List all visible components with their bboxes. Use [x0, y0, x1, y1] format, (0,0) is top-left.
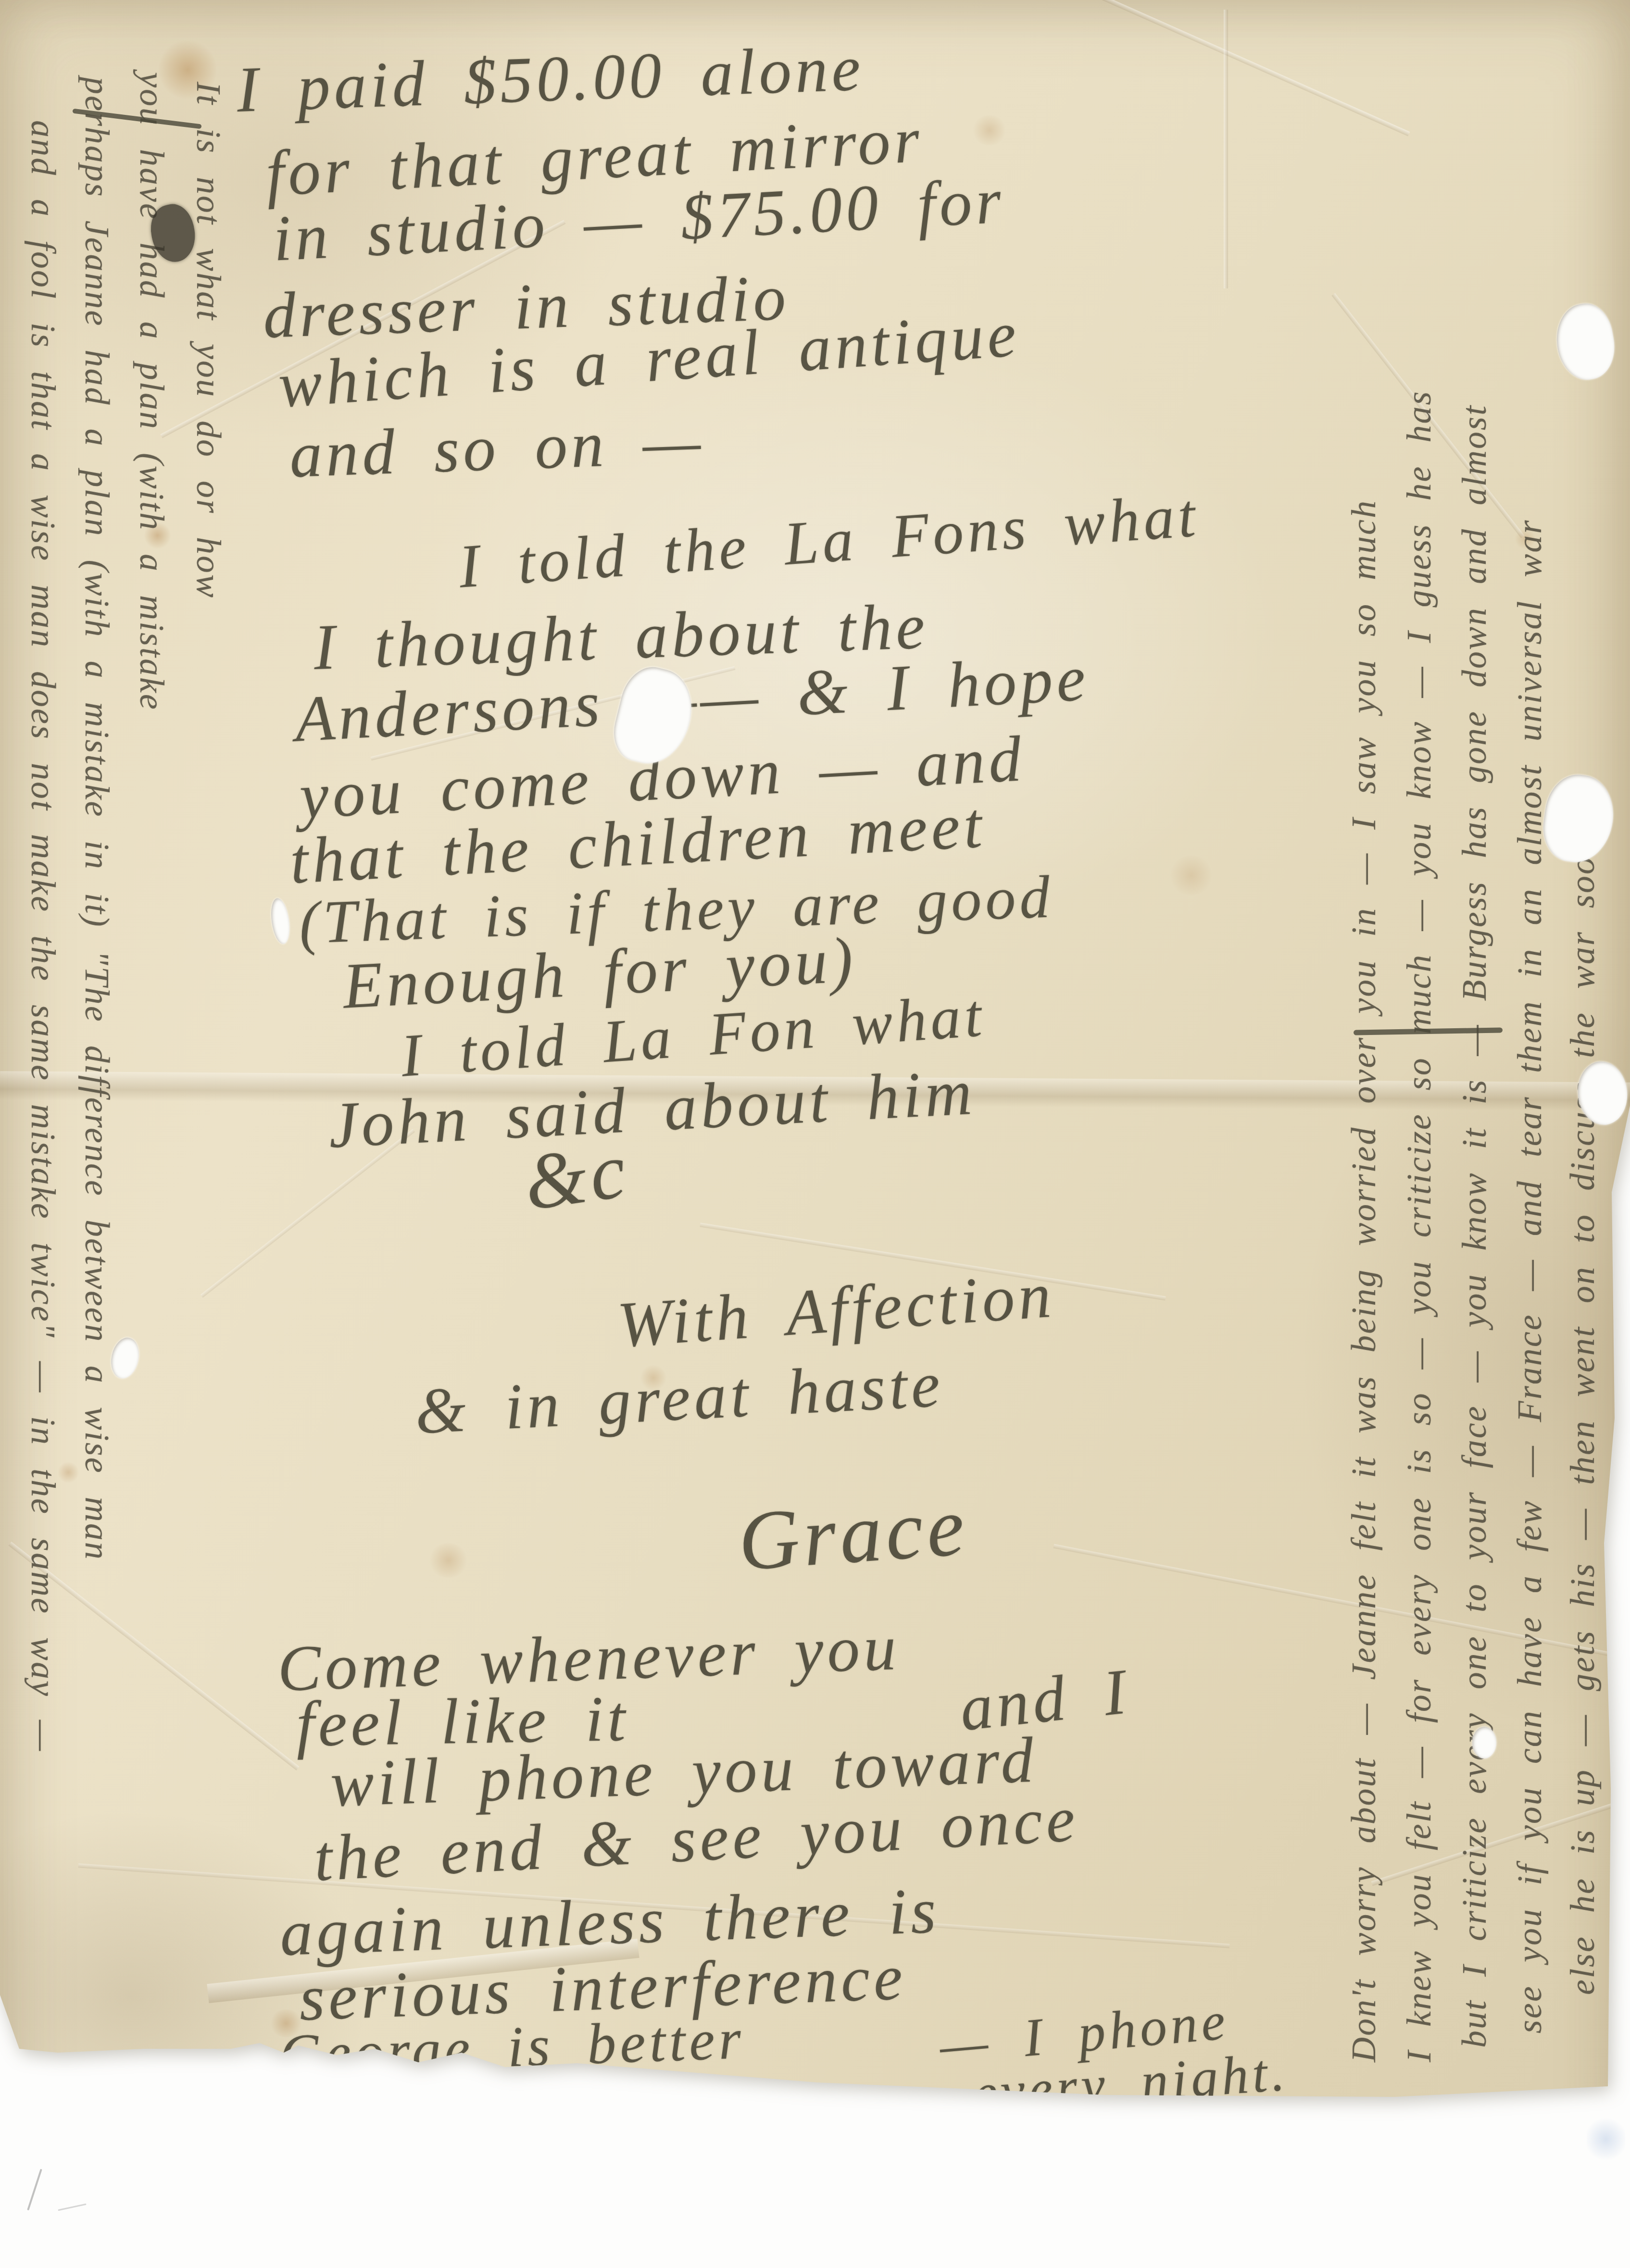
closing-line: With Affection	[615, 1263, 1056, 1358]
crease	[903, 0, 1410, 136]
handwritten-line: and so on —	[288, 409, 705, 488]
stain	[1168, 856, 1214, 895]
left-margin-line: It is not what you do or how	[191, 82, 226, 755]
right-margin-line: but I criticize every one to your face —…	[1457, 197, 1492, 2048]
left-margin-line: perhaps Jeanne had a plan (with a mistak…	[80, 77, 114, 1500]
right-margin-line: I knew you felt — for every one is so — …	[1402, 187, 1436, 2062]
handwritten-line: I paid $50.00 alone	[236, 36, 865, 122]
right-margin-line: else he is up — gets his — then went on …	[1565, 433, 1600, 1995]
handwritten-line: George is better	[279, 2010, 746, 2084]
left-margin-line: you have had a plan (with a mistake	[135, 72, 169, 774]
paper-sheet: It is not what you do or how you have ha…	[0, 0, 1630, 2268]
handwritten-line: I told the La Fons what	[457, 484, 1201, 597]
closing-line: & in great haste	[414, 1352, 945, 1444]
signature: Grace	[736, 1484, 970, 1584]
paper-shadow-wrap: It is not what you do or how you have ha…	[0, 0, 1630, 2268]
left-margin-line: and a fool is that a wise man does not m…	[26, 120, 61, 1514]
handwritten-line: &c	[519, 1130, 634, 1223]
right-margin-line: Don't worry about — Jeanne felt it was b…	[1346, 308, 1381, 2062]
stain	[428, 1543, 469, 1578]
paper-tear	[1551, 299, 1620, 384]
right-margin-line: see you if you can have a few — France —…	[1512, 303, 1547, 2033]
stain	[971, 115, 1007, 145]
paper-tear	[268, 897, 292, 945]
crease	[1224, 10, 1228, 288]
scanned-letter-page: It is not what you do or how you have ha…	[0, 0, 1630, 2268]
